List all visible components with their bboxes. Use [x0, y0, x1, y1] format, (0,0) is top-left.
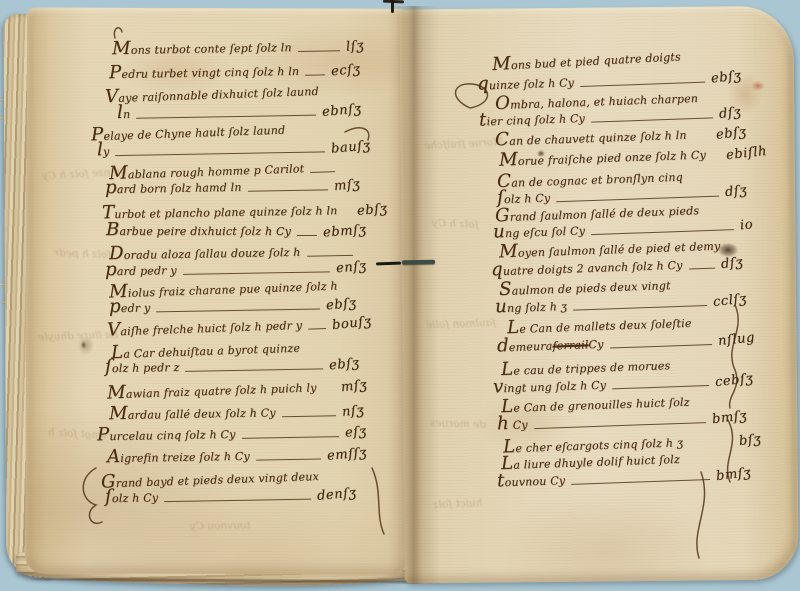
ink-blot	[81, 341, 86, 349]
laid-paper-texture	[25, 7, 407, 574]
manuscript-page-right	[399, 6, 798, 584]
binding-thread-center	[402, 260, 435, 265]
ink-blot	[718, 243, 738, 257]
laid-paper-texture	[399, 6, 798, 584]
ink-blot	[537, 150, 545, 157]
manuscript-page-left	[25, 7, 407, 574]
binding-thread-top	[391, 0, 394, 13]
manuscript-photo: quinze ſolz h Cyſolz h pedrLa liure dhuy…	[0, 0, 800, 591]
